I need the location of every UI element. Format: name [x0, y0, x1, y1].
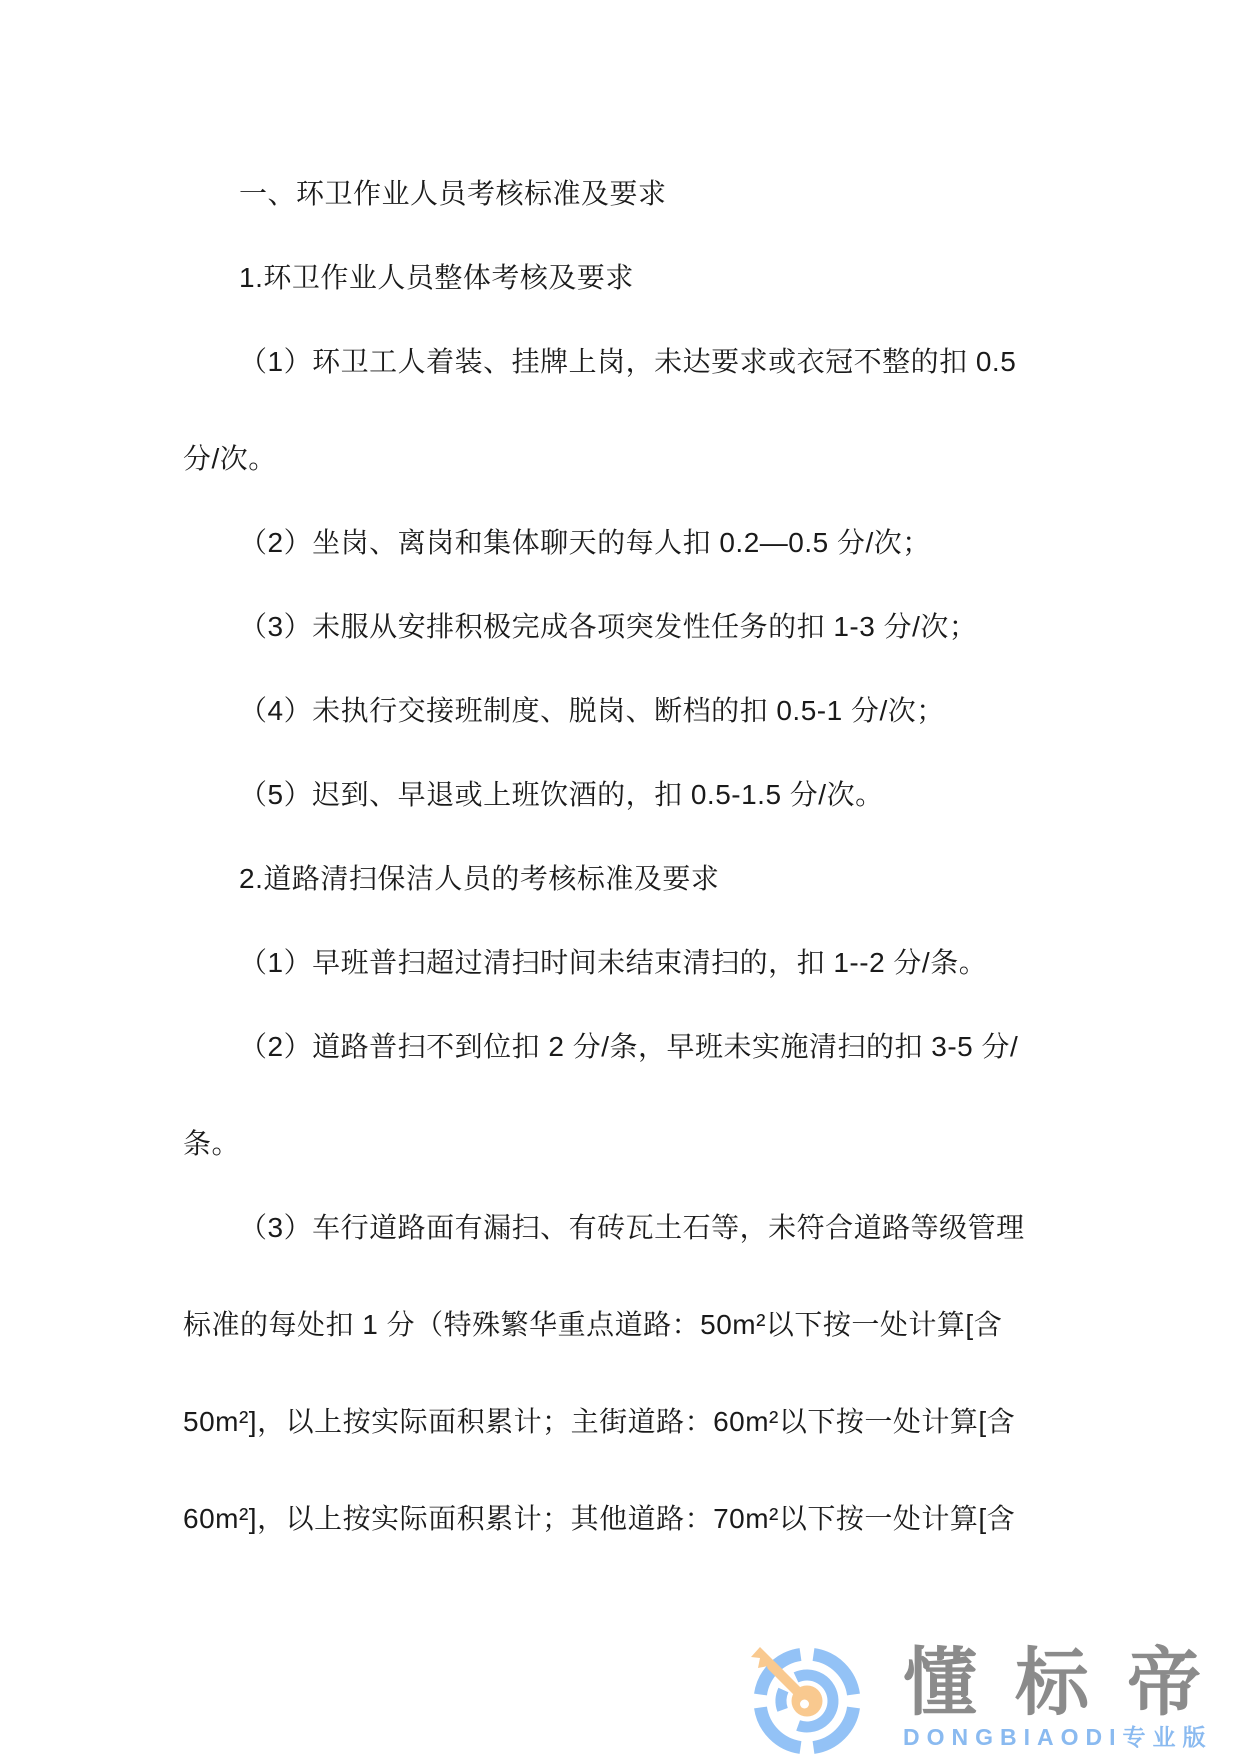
paragraph: （4）未执行交接班制度、脱岗、断档的扣 0.5-1 分/次；	[183, 695, 1093, 792]
text-line: 1.环卫作业人员整体考核及要求	[183, 262, 1093, 359]
paragraph: （3）车行道路面有漏扫、有砖瓦土石等，未符合道路等级管理标准的每处扣 1 分（特…	[183, 1212, 1093, 1600]
document-body: 一、环卫作业人员考核标准及要求1.环卫作业人员整体考核及要求（1）环卫工人着装、…	[183, 178, 1093, 1600]
paragraph: （2）坐岗、离岗和集体聊天的每人扣 0.2—0.5 分/次；	[183, 527, 1093, 624]
watermark-latin: DONGBIAODI	[903, 1724, 1123, 1750]
text-line: （5）迟到、早退或上班饮酒的，扣 0.5-1.5 分/次。	[183, 779, 1093, 876]
paragraph: （1）早班普扫超过清扫时间未结束清扫的，扣 1--2 分/条。	[183, 947, 1093, 1044]
text-line: （3）未服从安排积极完成各项突发性任务的扣 1-3 分/次；	[183, 611, 1093, 708]
paragraph: （1）环卫工人着装、挂牌上岗，未达要求或衣冠不整的扣 0.5分/次。	[183, 346, 1093, 540]
text-line: 条。	[183, 1128, 1093, 1225]
text-line: 分/次。	[183, 443, 1093, 540]
paragraph: （3）未服从安排积极完成各项突发性任务的扣 1-3 分/次；	[183, 611, 1093, 708]
watermark-subtext: DONGBIAODI专业版	[903, 1724, 1233, 1750]
watermark-edition: 专业版	[1123, 1724, 1213, 1750]
watermark-brand: 懂标帝	[903, 1646, 1233, 1720]
text-line: 50m²]，以上按实际面积累计；主街道路：60m²以下按一处计算[含	[183, 1406, 1093, 1503]
target-dart-icon	[748, 1641, 866, 1754]
text-line: （3）车行道路面有漏扫、有砖瓦土石等，未符合道路等级管理	[183, 1212, 1093, 1309]
watermark: 懂标帝 DONGBIAODI专业版	[903, 1646, 1233, 1750]
document-page: 一、环卫作业人员考核标准及要求1.环卫作业人员整体考核及要求（1）环卫工人着装、…	[0, 0, 1241, 1754]
paragraph: 2.道路清扫保洁人员的考核标准及要求	[183, 863, 1093, 960]
text-line: （1）早班普扫超过清扫时间未结束清扫的，扣 1--2 分/条。	[183, 947, 1093, 1044]
text-line: （2）坐岗、离岗和集体聊天的每人扣 0.2—0.5 分/次；	[183, 527, 1093, 624]
text-line: 2.道路清扫保洁人员的考核标准及要求	[183, 863, 1093, 960]
paragraph: （2）道路普扫不到位扣 2 分/条，早班未实施清扫的扣 3-5 分/条。	[183, 1031, 1093, 1225]
text-line: （4）未执行交接班制度、脱岗、断档的扣 0.5-1 分/次；	[183, 695, 1093, 792]
text-line: （2）道路普扫不到位扣 2 分/条，早班未实施清扫的扣 3-5 分/	[183, 1031, 1093, 1128]
text-line: 一、环卫作业人员考核标准及要求	[183, 178, 1093, 275]
text-line: 标准的每处扣 1 分（特殊繁华重点道路：50m²以下按一处计算[含	[183, 1309, 1093, 1406]
paragraph: 1.环卫作业人员整体考核及要求	[183, 262, 1093, 359]
paragraph: 一、环卫作业人员考核标准及要求	[183, 178, 1093, 275]
text-line: （1）环卫工人着装、挂牌上岗，未达要求或衣冠不整的扣 0.5	[183, 346, 1093, 443]
text-line: 60m²]，以上按实际面积累计；其他道路：70m²以下按一处计算[含	[183, 1503, 1093, 1600]
paragraph: （5）迟到、早退或上班饮酒的，扣 0.5-1.5 分/次。	[183, 779, 1093, 876]
